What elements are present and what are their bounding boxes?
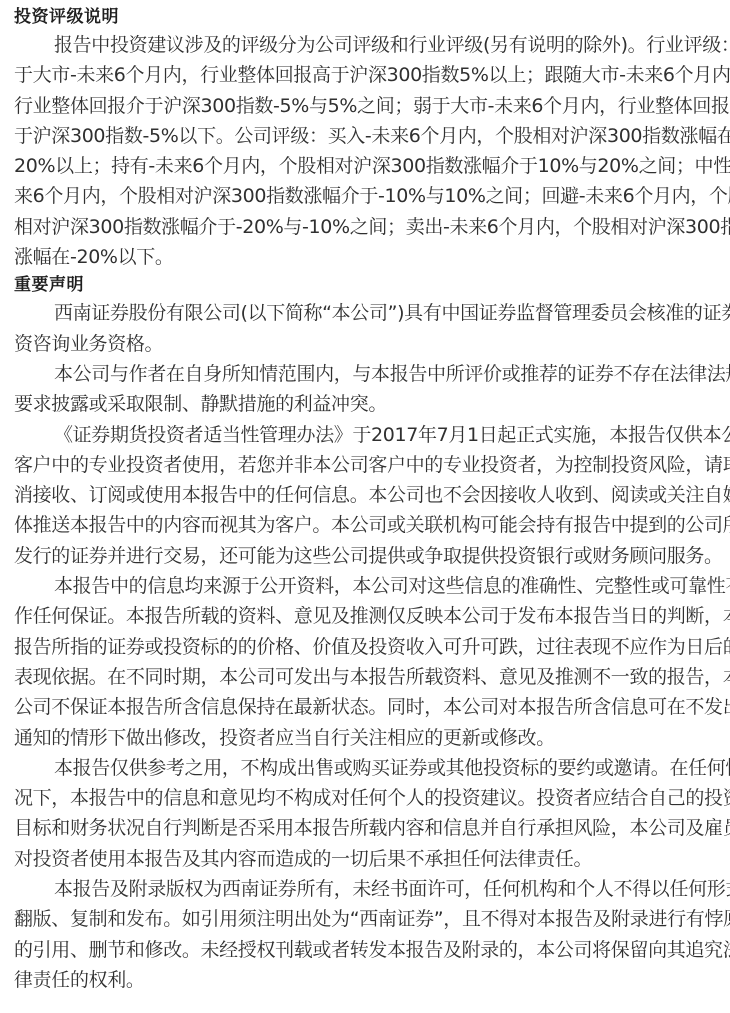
text-line: 公司不保证本报告所含信息保持在最新状态。同时，本公司对本报告所含信息可在不发出 xyxy=(14,692,716,722)
text-line: 本报告仅供参考之用，不构成出售或购买证券或其他投资标的要约或邀请。在任何情 xyxy=(14,753,716,783)
text-line: 本公司与作者在自身所知情范围内，与本报告中所评价或推荐的证券不存在法律法规 xyxy=(14,359,716,389)
text-line: 目标和财务状况自行判断是否采用本报告所载内容和信息并自行承担风险，本公司及雇员 xyxy=(14,813,716,843)
text-line: 的引用、删节和修改。未经授权刊载或者转发本报告及附录的，本公司将保留向其追究法 xyxy=(14,935,716,965)
rating-paragraph: 报告中投资建议涉及的评级分为公司评级和行业评级(另有说明的除外)。行业评级：强 … xyxy=(14,30,716,272)
reference-only-paragraph: 本报告仅供参考之用，不构成出售或购买证券或其他投资标的要约或邀请。在任何情 况下… xyxy=(14,753,716,874)
text-line: 翻版、复制和发布。如引用须注明出处为“西南证券”，且不得对本报告及附录进行有悖原… xyxy=(14,904,716,934)
text-line: 通知的情形下做出修改，投资者应当自行关注相应的更新或修改。 xyxy=(14,723,716,753)
section-heading: 投资评级说明 xyxy=(14,4,716,30)
text-line: 要求披露或采取限制、静默措施的利益冲突。 xyxy=(14,389,716,419)
text-line: 本报告中的信息均来源于公开资料，本公司对这些信息的准确性、完整性或可靠性不 xyxy=(14,571,716,601)
text-line: 行业整体回报介于沪深300指数-5%与5%之间；弱于大市-未来6个月内，行业整体… xyxy=(14,91,716,121)
text-line: 20%以上；持有-未来6个月内，个股相对沪深300指数涨幅介于10%与20%之间… xyxy=(14,151,716,181)
information-source-paragraph: 本报告中的信息均来源于公开资料，本公司对这些信息的准确性、完整性或可靠性不 作任… xyxy=(14,571,716,753)
text-line: 体推送本报告中的内容而视其为客户。本公司或关联机构可能会持有报告中提到的公司所 xyxy=(14,510,716,540)
text-line: 西南证券股份有限公司(以下简称“本公司”)具有中国证券监督管理委员会核准的证券投 xyxy=(14,298,716,328)
text-line: 表现依据。在不同时期，本公司可发出与本报告所载资料、意见及推测不一致的报告，本 xyxy=(14,662,716,692)
text-line: 来6个月内，个股相对沪深300指数涨幅介于-10%与10%之间；回避-未来6个月… xyxy=(14,181,716,211)
rating-explanation-section: 投资评级说明 报告中投资建议涉及的评级分为公司评级和行业评级(另有说明的除外)。… xyxy=(14,4,716,272)
text-line: 发行的证券并进行交易，还可能为这些公司提供或争取提供投资银行或财务顾问服务。 xyxy=(14,541,716,571)
text-line: 相对沪深300指数涨幅介于-20%与-10%之间；卖出-未来6个月内，个股相对沪… xyxy=(14,212,716,242)
text-line: 作任何保证。本报告所载的资料、意见及推测仅反映本公司于发布本报告当日的判断，本 xyxy=(14,601,716,631)
text-line: 对投资者使用本报告及其内容而造成的一切后果不承担任何法律责任。 xyxy=(14,844,716,874)
text-line: 于大市-未来6个月内，行业整体回报高于沪深300指数5%以上；跟随大市-未来6个… xyxy=(14,60,716,90)
text-line: 涨幅在-20%以下。 xyxy=(14,242,716,272)
conflict-of-interest-paragraph: 本公司与作者在自身所知情范围内，与本报告中所评价或推荐的证券不存在法律法规 要求… xyxy=(14,359,716,420)
text-line: 于沪深300指数-5%以下。公司评级：买入-未来6个月内，个股相对沪深300指数… xyxy=(14,121,716,151)
text-line: 本报告及附录版权为西南证券所有，未经书面许可，任何机构和个人不得以任何形式 xyxy=(14,874,716,904)
investor-suitability-paragraph: 《证券期货投资者适当性管理办法》于2017年7月1日起正式实施，本报告仅供本公司… xyxy=(14,420,716,571)
disclaimer-page: 投资评级说明 报告中投资建议涉及的评级分为公司评级和行业评级(另有说明的除外)。… xyxy=(0,0,730,995)
text-line: 《证券期货投资者适当性管理办法》于2017年7月1日起正式实施，本报告仅供本公司 xyxy=(14,420,716,450)
text-line: 消接收、订阅或使用本报告中的任何信息。本公司也不会因接收人收到、阅读或关注自媒 xyxy=(14,480,716,510)
section-heading: 重要声明 xyxy=(14,272,716,298)
text-line: 报告中投资建议涉及的评级分为公司评级和行业评级(另有说明的除外)。行业评级：强 xyxy=(14,30,716,60)
text-line: 客户中的专业投资者使用，若您并非本公司客户中的专业投资者，为控制投资风险，请取 xyxy=(14,450,716,480)
important-notice-section: 重要声明 西南证券股份有限公司(以下简称“本公司”)具有中国证券监督管理委员会核… xyxy=(14,272,716,995)
qualification-paragraph: 西南证券股份有限公司(以下简称“本公司”)具有中国证券监督管理委员会核准的证券投… xyxy=(14,298,716,359)
text-line: 况下，本报告中的信息和意见均不构成对任何个人的投资建议。投资者应结合自己的投资 xyxy=(14,783,716,813)
copyright-paragraph: 本报告及附录版权为西南证券所有，未经书面许可，任何机构和个人不得以任何形式 翻版… xyxy=(14,874,716,995)
text-line: 律责任的权利。 xyxy=(14,965,716,995)
text-line: 资咨询业务资格。 xyxy=(14,329,716,359)
text-line: 报告所指的证券或投资标的的价格、价值及投资收入可升可跌，过往表现不应作为日后的 xyxy=(14,632,716,662)
